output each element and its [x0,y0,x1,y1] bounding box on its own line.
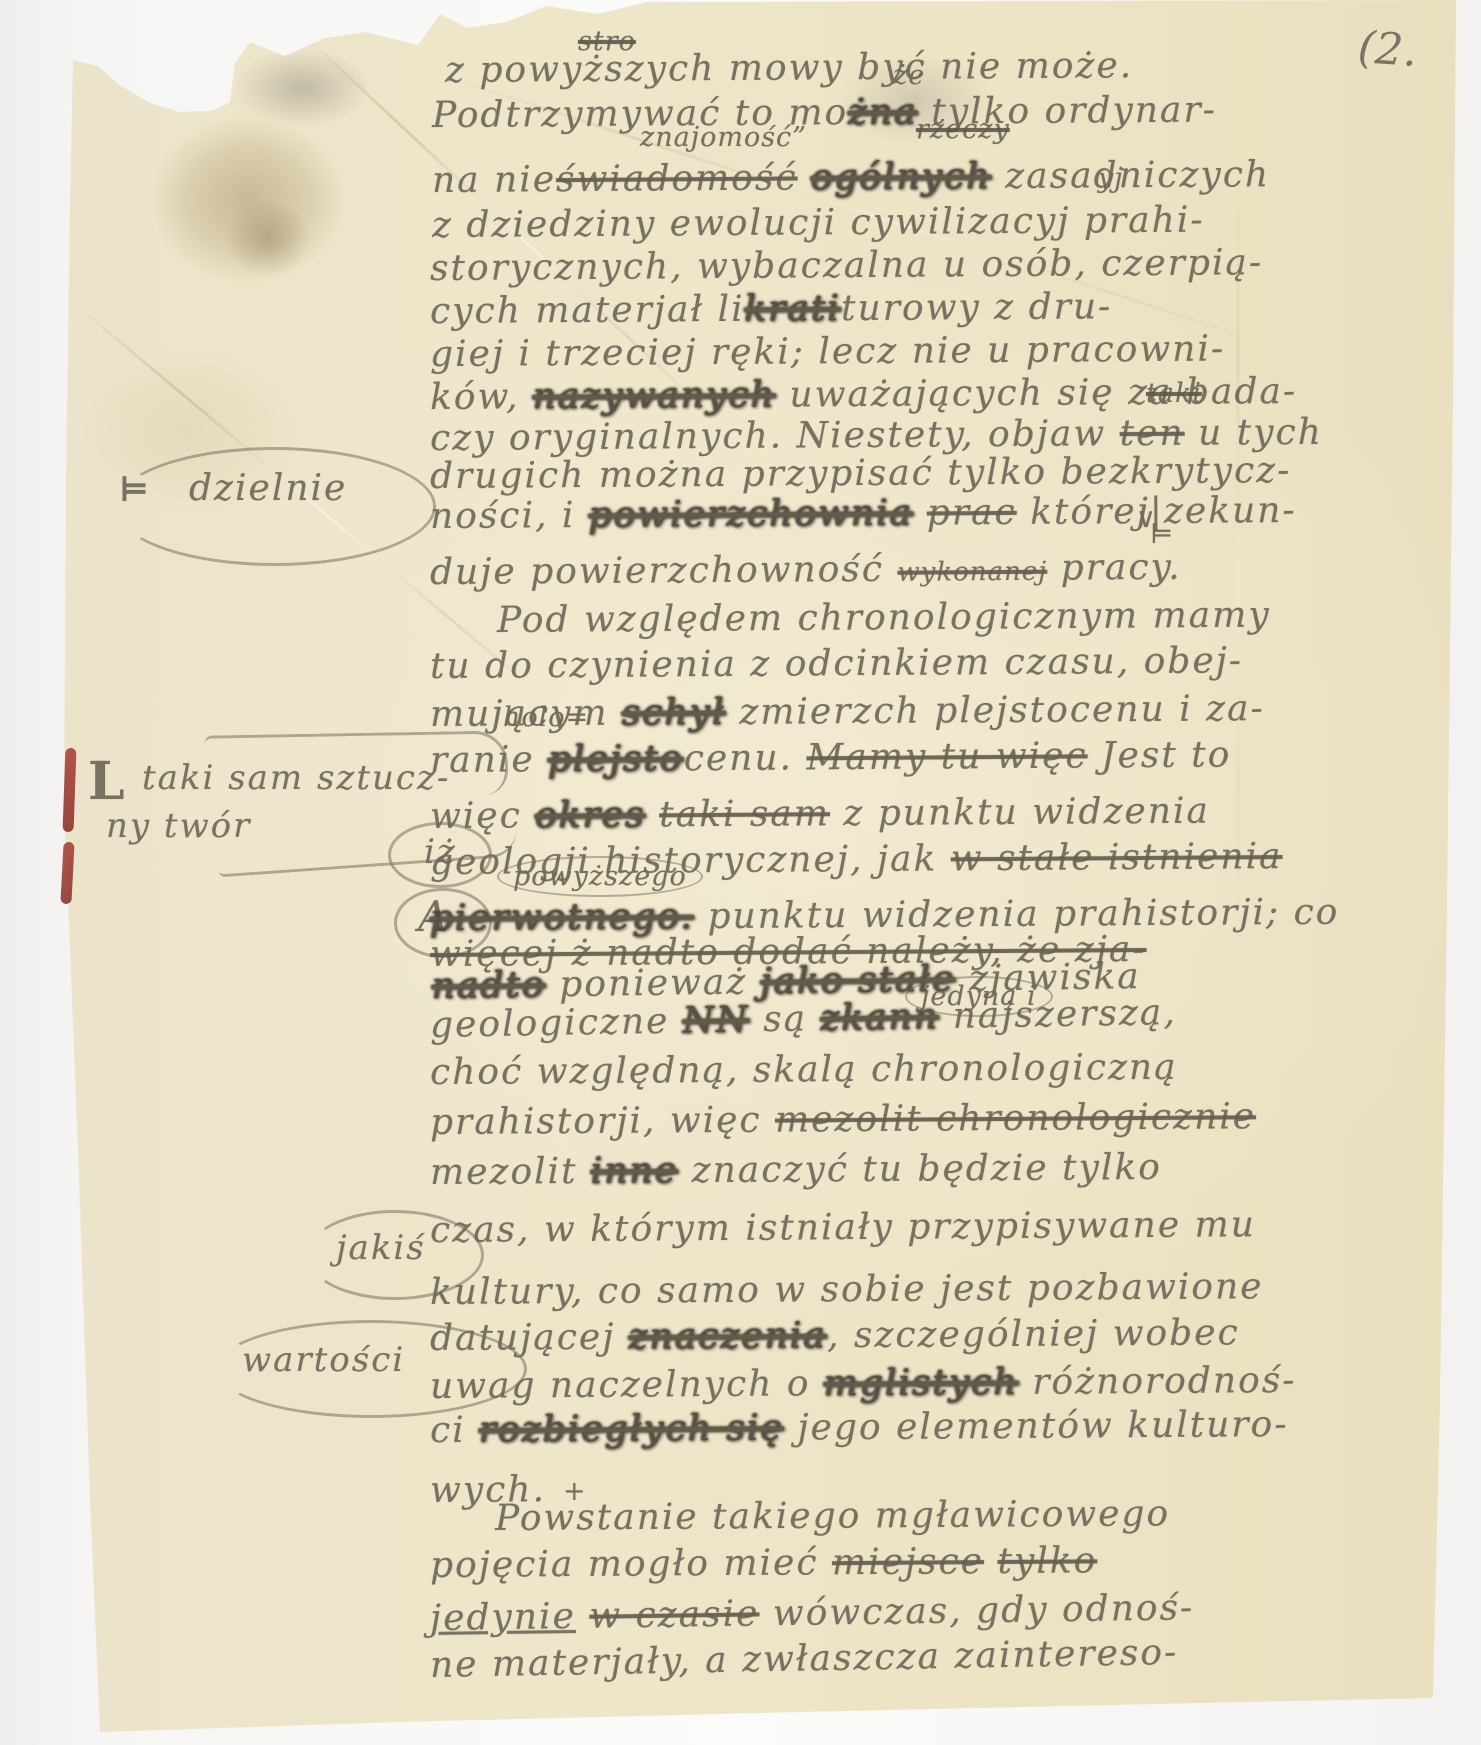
handwritten-text: giej i trzeciej ręki; lecz nie u pracown… [430,328,1225,375]
struck-text: plejsto [548,738,684,780]
manuscript-line-3: na nieświadomość ogólnych zasadniczych [432,154,1270,201]
handwritten-text: zasadniczych [992,154,1271,197]
handwritten-text: znaczyć tu będzie tylko [678,1147,1162,1191]
handwritten-text: pracy. [1047,547,1182,589]
struck-text: krati [744,288,841,330]
handwritten-text: różnorodnoś- [1019,1360,1297,1403]
insertion-L-mark: L [88,756,127,808]
scanner-background: (2. ⊨ dzielnie L taki sam sztucz- ny twó… [0,0,1481,1745]
handwritten-text: z dziedziny ewolucji cywilizacyj prahi- [432,200,1205,246]
handwritten-text: ci [430,1410,479,1451]
struck-text: inne [591,1150,678,1192]
scanned-manuscript-screenshot: { "document": { "kind": "handwritten man… [0,0,1481,1745]
interline-insertion: + [563,1476,587,1507]
handwritten-text: prahistorji, więc [430,1100,775,1143]
struck-text: znaczenia [629,1315,828,1357]
struck-text: w czasie [589,1593,760,1636]
struck-text: świadomość [556,157,798,200]
handwritten-text: datującej [430,1317,629,1359]
handwritten-text: tu do czynienia z odcinkiem czasu, obej- [430,640,1243,687]
interline-insertion: powyższego [497,856,703,897]
handwritten-text: , szczególniej wobec [827,1312,1240,1356]
handwritten-text: ranie [430,739,548,781]
manuscript-line-25: mezolit inne znaczyć tu będzie tylko [430,1147,1162,1193]
handwritten-text: Powstanie takiego mgławicowego [495,1493,1170,1539]
handwritten-text: ności, i [430,495,589,537]
manuscript-line-26: czas, w którym istniały przypisywane mu [430,1204,1256,1251]
interline-insertion: stro [578,26,636,57]
margin-note-dzielnie: dzielnie [189,468,347,509]
handwritten-text: Pod względem chronologicznym mamy [497,595,1271,641]
manuscript-line-29: uwag naczelnych o mglistych różnorodnoś- [430,1360,1297,1407]
interline-insertion: holo= [503,702,589,733]
manuscript-line-1: z powyższych mowy być nie może. [445,45,1133,91]
manuscript-line-27: kultury, co samo w sobie jest pozbawione [430,1266,1264,1313]
manuscript-line-2: Podtrzymywać to można tylko ordynar- [432,90,1217,136]
struck-text: rozbiegłych się [479,1408,784,1451]
manuscript-line-6: cych materjał likratiturowy z dru- [430,286,1113,332]
handwritten-text [984,1541,998,1582]
handwritten-text [913,493,927,534]
interline-insertion: że [893,60,925,91]
struck-text: w stałe istnienia [951,836,1283,879]
struck-text: nadto [432,964,546,1007]
manuscript-line-13: Pod względem chronologicznym mamy [497,595,1271,641]
manuscript-line-30: ci rozbiegłych się jego elementów kultur… [430,1404,1289,1451]
insertion-mark-symbol: ⊨ [119,470,151,510]
handwritten-text: turowy z dru- [841,286,1112,329]
struck-text: okres [535,794,646,836]
margin-note-jakis: jakiś [336,1228,426,1268]
handwritten-text: cych materjał li [430,289,745,332]
handwritten-text: duje powierzchowność [430,549,898,593]
handwritten-text: jego elementów kulturo- [784,1404,1289,1449]
manuscript-line-23: choć względną, skalą chronologiczną [430,1047,1178,1093]
handwritten-text: mezolit [430,1151,591,1193]
margin-note-taki-sam-line1: taki sam sztucz- [142,758,450,798]
handwritten-text: choć względną, skalą chronologiczną [430,1047,1178,1093]
manuscript-line-32: Powstanie takiego mgławicowego [495,1493,1170,1539]
struck-text: ten [1120,413,1185,454]
struck-text: taki sam [659,793,830,835]
handwritten-text [646,794,660,835]
page-number: (2. [1356,22,1419,77]
handwritten-text: Jest to [1087,734,1231,776]
struck-text: tylko [997,1540,1097,1582]
struck-text: nazywanych [533,375,776,418]
handwritten-text: geologiczne [430,1001,684,1046]
handwritten-text: czas, w którym istniały przypisywane mu [430,1204,1256,1251]
manuscript-line-33: pojęcia mogło mieć miejsce tylko [430,1540,1098,1586]
handwritten-text: ków, [430,376,533,418]
manuscript-line-16: ranie plejstocenu. Mamy tu więc Jest to [430,734,1232,781]
margin-note-wartosci: wartości [242,1340,405,1380]
handwritten-text: uważających się za bada- [776,371,1297,416]
handwritten-text: uwag naczelnych o [430,1363,824,1407]
handwritten-text: u tych [1184,412,1323,454]
struck-text: prac [927,492,1017,534]
struck-text: wykonanej [897,557,1047,588]
manuscript-line-17: więc okres taki sam z punktu widzenia [430,791,1210,837]
interline-insertion: znajomość” [640,122,807,153]
handwritten-text [576,1596,590,1637]
manuscript-line-28: datującej znaczenia, szczególniej wobec [430,1312,1240,1359]
interline-insertion: yj [1098,163,1124,194]
handwritten-text: zmierzch plejstocenu i za- [726,688,1265,733]
handwritten-text: storycznych, wybaczalna u osób, czerpią- [430,242,1263,289]
interline-insertion: rzeczy [916,114,1010,145]
struck-text: żna [848,92,918,133]
struck-text: ogólnych [811,156,992,198]
handwritten-text: pojęcia mogło mieć [430,1542,832,1586]
handwritten-text: jedynie [430,1596,576,1639]
handwritten-text: więc [430,795,536,837]
struck-text: schył [622,692,726,734]
handwritten-text: na nie [432,159,556,201]
struck-text: miejsce [832,1541,984,1583]
interline-insertion: jedyną i [905,976,1053,1017]
manuscript-line-12: duje powierzchowność wykonanej pracy. [430,547,1182,593]
interline-insertion: taki [1146,378,1202,409]
handwritten-text [797,157,811,198]
struck-text: NN [682,999,750,1041]
interline-insertion: ⊨ [1150,519,1174,550]
handwritten-text: z powyższych mowy być nie może. [445,45,1133,91]
handwritten-text: kultury, co samo w sobie jest pozbawione [430,1266,1264,1313]
struck-text: mglistych [824,1362,1019,1404]
handwritten-text: są [749,998,821,1040]
struck-text: powierzchownia [589,493,914,536]
margin-note-taki-sam-line2: ny twór [106,806,251,846]
handwritten-text: z punktu widzenia [830,791,1210,835]
manuscript-line-24: prahistorji, więc mezolit chronologiczni… [430,1096,1256,1143]
struck-text: Mamy tu więc [806,735,1087,778]
manuscript-line-14: tu do czynienia z odcinkiem czasu, obej- [430,640,1243,687]
handwritten-text: cenu. [684,737,807,779]
struck-text: mezolit chronologicznie [775,1096,1256,1140]
manuscript-line-7: giej i trzeciej ręki; lecz nie u pracown… [430,328,1225,375]
manuscript-line-5: storycznych, wybaczalna u osób, czerpią- [430,242,1263,289]
handwritten-text: wówczas, gdy odnoś- [759,1587,1194,1634]
manuscript-line-4: z dziedziny ewolucji cywilizacyj prahi- [432,200,1205,246]
